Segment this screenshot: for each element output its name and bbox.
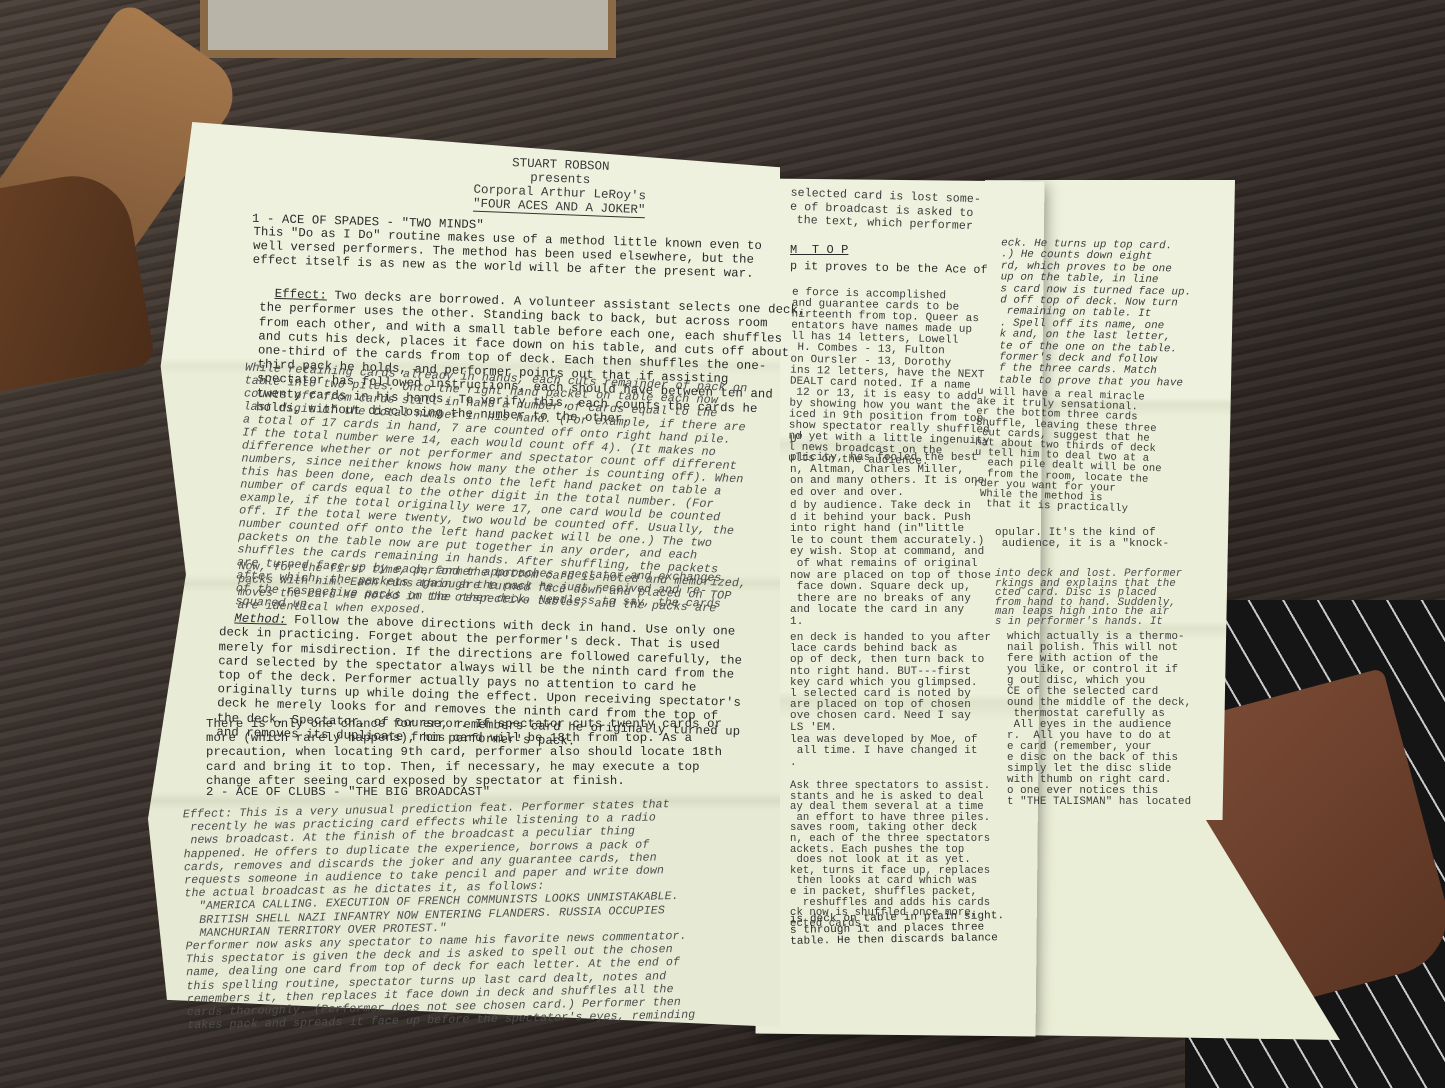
- mid-block-3: e force is accomplished and guarantee ca…: [788, 288, 993, 470]
- right-block-4: into deck and lost. Performer rkings and…: [995, 570, 1182, 628]
- document-header: STUART ROBSON presents Corporal Arthur L…: [409, 152, 711, 220]
- right-block-1: eck. He turns up top card. .) He counts …: [999, 238, 1192, 390]
- section2-heading: 2 - ACE OF CLUBS - "THE BIG BROADCAST": [206, 785, 490, 799]
- mid-heading: M T O P: [790, 243, 848, 257]
- mid-block-4: U": [790, 433, 803, 447]
- mid-block-6: d by audience. Take deck in d it behind …: [790, 501, 991, 629]
- mid-block-5: plicity, has fooled the best n, Altman, …: [790, 453, 984, 499]
- picture-frame: [200, 0, 616, 58]
- method-label: Method:: [234, 612, 287, 627]
- right-block-5: which actually is a thermo- nail polish.…: [1007, 632, 1191, 808]
- mid-block-7: en deck is handed to you after lace card…: [790, 633, 991, 734]
- mid-block-8: lea was developed by Moe, of all time. I…: [790, 735, 978, 769]
- mid-block-9: Ask three spectators to assist. stants a…: [790, 781, 990, 929]
- effect-label: Effect:: [274, 287, 327, 303]
- mid-block-1: selected card is lost some- e of broadca…: [789, 187, 981, 234]
- right-block-3: opular. It's the kind of audience, it is…: [995, 528, 1169, 551]
- effect2-paragraph: Effect: This is a very unusual predictio…: [183, 798, 696, 1033]
- error-paragraph: There is only one chance for error. If s…: [206, 717, 722, 788]
- right-block-2: u will have a real miracle ake it truly …: [973, 387, 1164, 516]
- mid-block-10: is deck on table in plain sight. s throu…: [790, 911, 1005, 948]
